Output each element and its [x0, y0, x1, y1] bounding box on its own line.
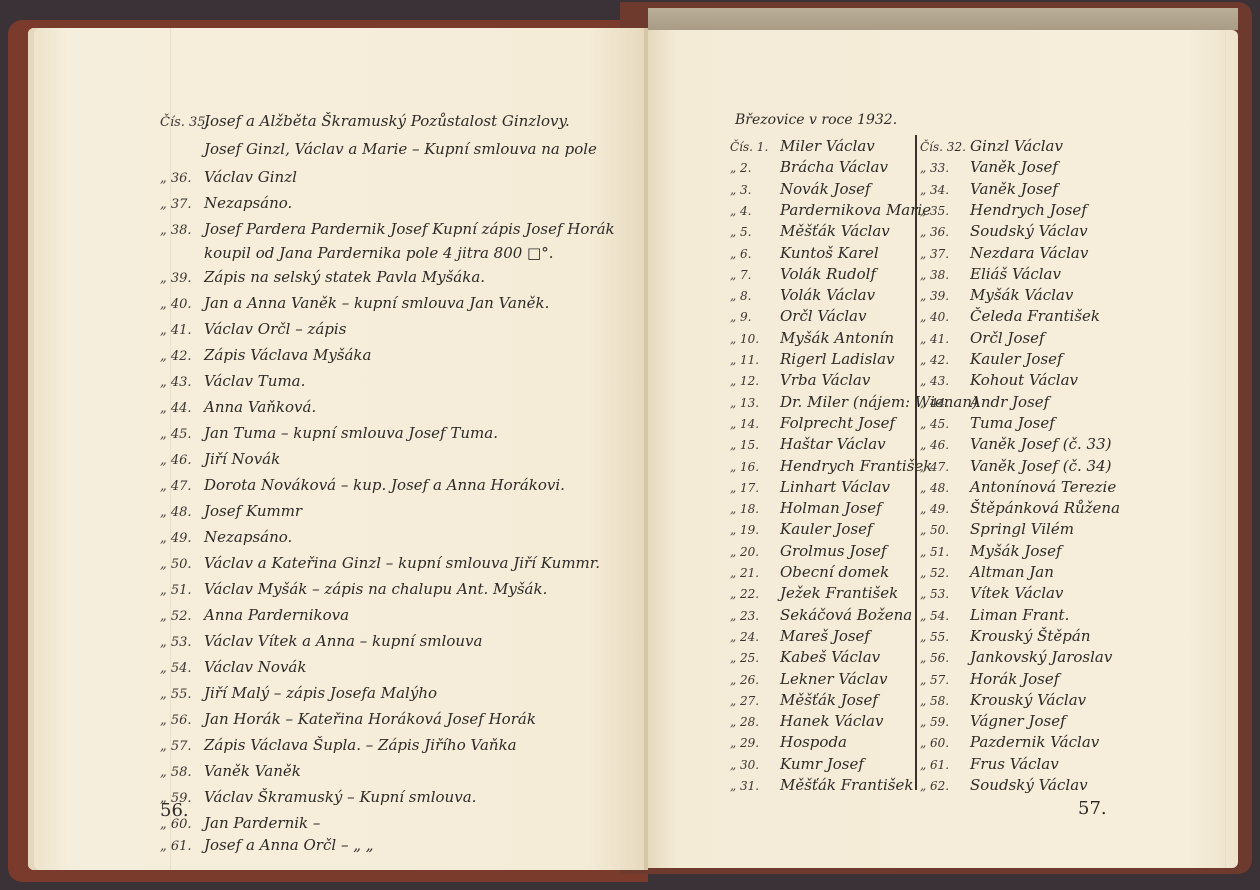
- house-entry: „ 62.Soudský Václav: [920, 776, 1088, 794]
- register-entry: „ 53.Václav Vítek a Anna – kupní smlouva: [160, 632, 482, 650]
- owner-name: Soudský Václav: [970, 222, 1088, 240]
- entry-number: „ 55.: [160, 687, 204, 702]
- owner-name: Frus Václav: [970, 755, 1059, 773]
- house-number: „ 46.: [920, 438, 970, 452]
- book-gutter: [644, 28, 648, 870]
- entry-text: Josef a Alžběta Škramuský Pozůstalost Gi…: [204, 112, 570, 130]
- owner-name: Měšťák Josef: [780, 691, 878, 709]
- house-number: „ 16.: [730, 460, 780, 474]
- owner-name: Liman Frant.: [970, 606, 1069, 624]
- register-entry: „ 39.Zápis na selský statek Pavla Myšáka…: [160, 268, 485, 286]
- entry-text: Nezapsáno.: [204, 194, 292, 212]
- owner-name: Holman Josef: [780, 499, 882, 517]
- house-number: „ 20.: [730, 545, 780, 559]
- house-entry: „ 33.Vaněk Josef: [920, 158, 1058, 176]
- house-entry: „ 23.Sekáčová Božena: [730, 606, 912, 624]
- house-entry: „ 12.Vrba Václav: [730, 371, 870, 389]
- owner-name: Orčl Václav: [780, 307, 866, 325]
- entry-text: Jan Horák – Kateřina Horáková Josef Horá…: [204, 710, 536, 728]
- house-entry: „ 9.Orčl Václav: [730, 307, 866, 325]
- register-entry: „ 42.Zápis Václava Myšáka: [160, 346, 371, 364]
- house-entry: „ 15.Haštar Václav: [730, 435, 886, 453]
- house-number: „ 38.: [920, 268, 970, 282]
- entry-number: „ 44.: [160, 401, 204, 416]
- house-number: „ 30.: [730, 758, 780, 772]
- entry-text: Václav Tuma.: [204, 372, 305, 390]
- house-entry: Čís. 32.Ginzl Václav: [920, 137, 1063, 155]
- owner-name: Ježek František: [780, 584, 898, 602]
- house-number: „ 18.: [730, 502, 780, 516]
- entry-text: Josef Kummr: [204, 502, 302, 520]
- entry-number: „ 45.: [160, 427, 204, 442]
- house-number: „ 8.: [730, 289, 780, 303]
- entry-text: Jan Tuma – kupní smlouva Josef Tuma.: [204, 424, 498, 442]
- register-entry: „ 55.Jiří Malý – zápis Josefa Malýho: [160, 684, 437, 702]
- owner-name: Hanek Václav: [780, 712, 883, 730]
- entry-text: Dorota Nováková – kup. Josef a Anna Horá…: [204, 476, 565, 494]
- register-entry: „ 50.Václav a Kateřina Ginzl – kupní sml…: [160, 554, 600, 572]
- register-entry: Čís. 35.Josef a Alžběta Škramuský Pozůst…: [160, 112, 570, 130]
- owner-name: Vaněk Josef: [970, 158, 1058, 176]
- register-entry: „ 59.Václav Škramuský – Kupní smlouva.: [160, 788, 476, 806]
- house-number: „ 42.: [920, 353, 970, 367]
- house-number: „ 61.: [920, 758, 970, 772]
- owner-name: Brácha Václav: [780, 158, 888, 176]
- house-entry: „ 16.Hendrych František: [730, 457, 932, 475]
- owner-name: Orčl Josef: [970, 329, 1045, 347]
- house-number: „ 19.: [730, 523, 780, 537]
- owner-name: Mareš Josef: [780, 627, 870, 645]
- house-entry: „ 11.Rigerl Ladislav: [730, 350, 895, 368]
- house-number: „ 57.: [920, 673, 970, 687]
- register-entry: Josef Ginzl, Václav a Marie – Kupní smlo…: [160, 140, 597, 158]
- house-entry: „ 26.Lekner Václav: [730, 670, 887, 688]
- left-page-number: 56.: [160, 800, 189, 821]
- entry-text: Václav Orčl – zápis: [204, 320, 346, 338]
- house-entry: „ 44.Andr Josef: [920, 393, 1049, 411]
- owner-name: Vaněk Josef (č. 34): [970, 457, 1111, 475]
- house-number: „ 12.: [730, 374, 780, 388]
- house-number: „ 36.: [920, 225, 970, 239]
- owner-name: Soudský Václav: [970, 776, 1088, 794]
- owner-name: Krouský Václav: [970, 691, 1086, 709]
- house-number: „ 59.: [920, 715, 970, 729]
- house-number: „ 39.: [920, 289, 970, 303]
- register-entry: „ 57.Zápis Václava Šupla. – Zápis Jiřího…: [160, 736, 517, 754]
- register-entry: „ 52.Anna Pardernikova: [160, 606, 349, 624]
- house-entry: „ 6.Kuntoš Karel: [730, 244, 879, 262]
- house-entry: „ 40.Čeleda František: [920, 307, 1100, 325]
- entry-number: „ 54.: [160, 661, 204, 676]
- entry-number: „ 57.: [160, 739, 204, 754]
- register-entry: „ 51.Václav Myšák – zápis na chalupu Ant…: [160, 580, 547, 598]
- house-entry: „ 30.Kumr Josef: [730, 755, 864, 773]
- entry-number: „ 53.: [160, 635, 204, 650]
- entry-text: Václav Ginzl: [204, 168, 297, 186]
- house-entry: „ 46.Vaněk Josef (č. 33): [920, 435, 1111, 453]
- entry-text: Zápis Václava Šupla. – Zápis Jiřího Vaňk…: [204, 736, 517, 754]
- entry-text: Jan a Anna Vaněk – kupní smlouva Jan Van…: [204, 294, 549, 312]
- house-entry: „ 45.Tuma Josef: [920, 414, 1055, 432]
- house-entry: „ 50.Springl Vilém: [920, 520, 1074, 538]
- column-divider: [915, 135, 917, 790]
- house-number: „ 56.: [920, 651, 970, 665]
- register-entry: „ 56.Jan Horák – Kateřina Horáková Josef…: [160, 710, 536, 728]
- house-entry: „ 48.Antonínová Terezie: [920, 478, 1116, 496]
- house-entry: Čís. 1.Miler Václav: [730, 137, 875, 155]
- entry-text: Václav Vítek a Anna – kupní smlouva: [204, 632, 482, 650]
- house-entry: „ 42.Kauler Josef: [920, 350, 1063, 368]
- entry-number: „ 52.: [160, 609, 204, 624]
- register-entry: „ 36.Václav Ginzl: [160, 168, 297, 186]
- house-entry: „ 61.Frus Václav: [920, 755, 1059, 773]
- owner-name: Kauler Josef: [970, 350, 1063, 368]
- owner-name: Hendrych Josef: [970, 201, 1087, 219]
- entry-number: „ 49.: [160, 531, 204, 546]
- house-entry: „ 47.Vaněk Josef (č. 34): [920, 457, 1111, 475]
- entry-number: „ 37.: [160, 197, 204, 212]
- register-entry: „ 48.Josef Kummr: [160, 502, 302, 520]
- register-entry: „ 45.Jan Tuma – kupní smlouva Josef Tuma…: [160, 424, 498, 442]
- entry-number: „ 39.: [160, 271, 204, 286]
- house-number: „ 17.: [730, 481, 780, 495]
- house-entry: „ 25.Kabeš Václav: [730, 648, 880, 666]
- house-number: „ 22.: [730, 587, 780, 601]
- register-entry: „ 49.Nezapsáno.: [160, 528, 292, 546]
- owner-name: Kabeš Václav: [780, 648, 880, 666]
- house-entry: „ 4.Pardernikova Marie: [730, 201, 931, 219]
- page-stack-edge: [648, 8, 1238, 30]
- owner-name: Tuma Josef: [970, 414, 1055, 432]
- entry-text: Zápis Václava Myšáka: [204, 346, 371, 364]
- house-entry: „ 27.Měšťák Josef: [730, 691, 878, 709]
- owner-name: Jankovský Jaroslav: [970, 648, 1112, 666]
- owner-name: Grolmus Josef: [780, 542, 887, 560]
- house-number: „ 14.: [730, 417, 780, 431]
- entry-text: Anna Pardernikova: [204, 606, 349, 624]
- house-number: „ 60.: [920, 736, 970, 750]
- owner-name: Pazdernik Václav: [970, 733, 1099, 751]
- owner-name: Lekner Václav: [780, 670, 887, 688]
- house-number: „ 43.: [920, 374, 970, 388]
- house-entry: „ 2.Brácha Václav: [730, 158, 888, 176]
- owner-name: Vítek Václav: [970, 584, 1063, 602]
- entry-text: Anna Vaňková.: [204, 398, 316, 416]
- register-entry: koupil od Jana Pardernika pole 4 jitra 8…: [160, 244, 554, 262]
- house-number: „ 24.: [730, 630, 780, 644]
- house-entry: „ 55.Krouský Štěpán: [920, 627, 1090, 645]
- owner-name: Vágner Josef: [970, 712, 1066, 730]
- owner-name: Rigerl Ladislav: [780, 350, 895, 368]
- owner-name: Ginzl Václav: [970, 137, 1063, 155]
- house-number: „ 62.: [920, 779, 970, 793]
- house-number: „ 23.: [730, 609, 780, 623]
- house-entry: „ 53.Vítek Václav: [920, 584, 1063, 602]
- entry-number: „ 51.: [160, 583, 204, 598]
- entry-text: Václav Myšák – zápis na chalupu Ant. Myš…: [204, 580, 547, 598]
- entry-text: koupil od Jana Pardernika pole 4 jitra 8…: [204, 244, 554, 262]
- entry-number: „ 46.: [160, 453, 204, 468]
- owner-name: Andr Josef: [970, 393, 1049, 411]
- house-number: „ 54.: [920, 609, 970, 623]
- house-number: Čís. 32.: [920, 140, 970, 154]
- house-number: „ 25.: [730, 651, 780, 665]
- house-entry: „ 24.Mareš Josef: [730, 627, 870, 645]
- owner-name: Myšák Josef: [970, 542, 1062, 560]
- house-number: „ 10.: [730, 332, 780, 346]
- entry-number: „ 50.: [160, 557, 204, 572]
- entry-number: „ 38.: [160, 223, 204, 238]
- house-number: „ 4.: [730, 204, 780, 218]
- owner-name: Hendrych František: [780, 457, 932, 475]
- house-entry: „ 39.Myšák Václav: [920, 286, 1073, 304]
- owner-name: Haštar Václav: [780, 435, 886, 453]
- owner-name: Miler Václav: [780, 137, 875, 155]
- house-number: „ 26.: [730, 673, 780, 687]
- owner-name: Novák Josef: [780, 180, 871, 198]
- house-entry: „ 35.Hendrych Josef: [920, 201, 1087, 219]
- house-entry: „ 18.Holman Josef: [730, 499, 882, 517]
- entry-text: Josef Pardera Pardernik Josef Kupní zápi…: [204, 220, 615, 238]
- house-number: „ 2.: [730, 161, 780, 175]
- entry-text: Václav Novák: [204, 658, 306, 676]
- house-number: „ 53.: [920, 587, 970, 601]
- house-number: „ 3.: [730, 183, 780, 197]
- entry-number: „ 48.: [160, 505, 204, 520]
- owner-name: Horák Josef: [970, 670, 1059, 688]
- register-entry: „ 47.Dorota Nováková – kup. Josef a Anna…: [160, 476, 565, 494]
- house-number: „ 21.: [730, 566, 780, 580]
- owner-name: Kauler Josef: [780, 520, 873, 538]
- entry-number: „ 41.: [160, 323, 204, 338]
- entry-text: Jiří Malý – zápis Josefa Malýho: [204, 684, 437, 702]
- owner-name: Vaněk Josef (č. 33): [970, 435, 1111, 453]
- register-entry: „ 40.Jan a Anna Vaněk – kupní smlouva Ja…: [160, 294, 549, 312]
- house-entry: „ 58.Krouský Václav: [920, 691, 1086, 709]
- house-entry: „ 52.Altman Jan: [920, 563, 1054, 581]
- house-entry: „ 19.Kauler Josef: [730, 520, 873, 538]
- register-entry: „ 54.Václav Novák: [160, 658, 306, 676]
- house-entry: „ 37.Nezdara Václav: [920, 244, 1088, 262]
- register-entry: „ 38.Josef Pardera Pardernik Josef Kupní…: [160, 220, 615, 238]
- owner-name: Antonínová Terezie: [970, 478, 1116, 496]
- house-number: „ 51.: [920, 545, 970, 559]
- house-entry: „ 51.Myšák Josef: [920, 542, 1062, 560]
- owner-name: Nezdara Václav: [970, 244, 1088, 262]
- register-entry: „ 46.Jiří Novák: [160, 450, 280, 468]
- owner-name: Sekáčová Božena: [780, 606, 912, 624]
- owner-name: Kohout Václav: [970, 371, 1078, 389]
- register-entry: „ 37.Nezapsáno.: [160, 194, 292, 212]
- house-number: „ 35.: [920, 204, 970, 218]
- right-page-title: Březovice v roce 1932.: [735, 112, 897, 128]
- house-entry: „ 3.Novák Josef: [730, 180, 871, 198]
- register-entry: „ 58.Vaněk Vaněk: [160, 762, 301, 780]
- house-entry: „ 38.Eliáš Václav: [920, 265, 1061, 283]
- house-entry: „ 36.Soudský Václav: [920, 222, 1088, 240]
- house-number: „ 44.: [920, 396, 970, 410]
- owner-name: Folprecht Josef: [780, 414, 895, 432]
- entry-number: Čís. 35.: [160, 115, 204, 130]
- entry-number: „ 58.: [160, 765, 204, 780]
- register-entry: „ 43.Václav Tuma.: [160, 372, 305, 390]
- owner-name: Měšťák František: [780, 776, 913, 794]
- entry-number: „ 40.: [160, 297, 204, 312]
- owner-name: Altman Jan: [970, 563, 1054, 581]
- house-entry: „ 20.Grolmus Josef: [730, 542, 887, 560]
- house-entry: „ 14.Folprecht Josef: [730, 414, 895, 432]
- register-entry: „ 61.Josef a Anna Orčl – „ „: [160, 836, 374, 854]
- house-number: „ 31.: [730, 779, 780, 793]
- entry-text: Vaněk Vaněk: [204, 762, 301, 780]
- house-number: „ 15.: [730, 438, 780, 452]
- house-number: „ 7.: [730, 268, 780, 282]
- house-entry: „ 56.Jankovský Jaroslav: [920, 648, 1112, 666]
- house-entry: „ 10.Myšák Antonín: [730, 329, 894, 347]
- house-entry: „ 29.Hospoda: [730, 733, 847, 751]
- house-entry: „ 22.Ježek František: [730, 584, 898, 602]
- house-entry: „ 8.Volák Václav: [730, 286, 875, 304]
- owner-name: Volák Rudolf: [780, 265, 876, 283]
- owner-name: Eliáš Václav: [970, 265, 1061, 283]
- entry-text: Václav a Kateřina Ginzl – kupní smlouva …: [204, 554, 600, 572]
- entry-number: „ 42.: [160, 349, 204, 364]
- house-number: „ 29.: [730, 736, 780, 750]
- entry-text: Václav Škramuský – Kupní smlouva.: [204, 788, 476, 806]
- house-entry: „ 7.Volák Rudolf: [730, 265, 876, 283]
- house-number: „ 9.: [730, 310, 780, 324]
- house-entry: „ 41.Orčl Josef: [920, 329, 1045, 347]
- house-number: „ 58.: [920, 694, 970, 708]
- house-entry: „ 28.Hanek Václav: [730, 712, 883, 730]
- entry-number: „ 36.: [160, 171, 204, 186]
- house-number: „ 28.: [730, 715, 780, 729]
- house-number: „ 50.: [920, 523, 970, 537]
- house-entry: „ 5.Měšťák Václav: [730, 222, 890, 240]
- entry-number: „ 56.: [160, 713, 204, 728]
- house-entry: „ 54.Liman Frant.: [920, 606, 1069, 624]
- right-page-margin-line: [1225, 30, 1226, 868]
- house-number: „ 37.: [920, 247, 970, 261]
- house-number: „ 47.: [920, 460, 970, 474]
- owner-name: Linhart Václav: [780, 478, 890, 496]
- owner-name: Obecní domek: [780, 563, 889, 581]
- owner-name: Volák Václav: [780, 286, 875, 304]
- register-entry: „ 44.Anna Vaňková.: [160, 398, 316, 416]
- house-number: „ 45.: [920, 417, 970, 431]
- house-entry: „ 59.Vágner Josef: [920, 712, 1066, 730]
- owner-name: Hospoda: [780, 733, 847, 751]
- house-number: „ 13.: [730, 396, 780, 410]
- house-number: „ 55.: [920, 630, 970, 644]
- house-entry: „ 21.Obecní domek: [730, 563, 889, 581]
- entry-text: Jan Pardernik –: [204, 814, 320, 832]
- entry-number: „ 47.: [160, 479, 204, 494]
- owner-name: Pardernikova Marie: [780, 201, 931, 219]
- owner-name: Měšťák Václav: [780, 222, 890, 240]
- owner-name: Myšák Antonín: [780, 329, 894, 347]
- entry-text: Zápis na selský statek Pavla Myšáka.: [204, 268, 485, 286]
- house-number: „ 41.: [920, 332, 970, 346]
- house-number: „ 6.: [730, 247, 780, 261]
- owner-name: Vaněk Josef: [970, 180, 1058, 198]
- entry-text: Jiří Novák: [204, 450, 280, 468]
- entry-text: Josef Ginzl, Václav a Marie – Kupní smlo…: [204, 140, 597, 158]
- owner-name: Myšák Václav: [970, 286, 1073, 304]
- house-entry: „ 57.Horák Josef: [920, 670, 1059, 688]
- house-entry: „ 34.Vaněk Josef: [920, 180, 1058, 198]
- owner-name: Kumr Josef: [780, 755, 864, 773]
- house-number: „ 33.: [920, 161, 970, 175]
- house-number: „ 11.: [730, 353, 780, 367]
- house-entry: „ 43.Kohout Václav: [920, 371, 1078, 389]
- entry-number: „ 61.: [160, 839, 204, 854]
- house-number: „ 52.: [920, 566, 970, 580]
- house-number: „ 5.: [730, 225, 780, 239]
- house-number: „ 48.: [920, 481, 970, 495]
- house-entry: „ 49.Štěpánková Růžena: [920, 499, 1120, 517]
- house-number: „ 49.: [920, 502, 970, 516]
- owner-name: Vrba Václav: [780, 371, 870, 389]
- house-entry: „ 17.Linhart Václav: [730, 478, 890, 496]
- owner-name: Kuntoš Karel: [780, 244, 879, 262]
- house-number: Čís. 1.: [730, 140, 780, 154]
- house-entry: „ 31.Měšťák František: [730, 776, 913, 794]
- house-entry: „ 60.Pazdernik Václav: [920, 733, 1099, 751]
- owner-name: Springl Vilém: [970, 520, 1074, 538]
- right-page-number: 57.: [1078, 798, 1107, 819]
- entry-text: Nezapsáno.: [204, 528, 292, 546]
- owner-name: Štěpánková Růžena: [970, 499, 1120, 517]
- register-entry: „ 41.Václav Orčl – zápis: [160, 320, 346, 338]
- house-number: „ 34.: [920, 183, 970, 197]
- owner-name: Krouský Štěpán: [970, 627, 1090, 645]
- house-number: „ 27.: [730, 694, 780, 708]
- entry-text: Josef a Anna Orčl – „ „: [204, 836, 374, 854]
- entry-number: „ 43.: [160, 375, 204, 390]
- owner-name: Čeleda František: [970, 307, 1100, 325]
- house-number: „ 40.: [920, 310, 970, 324]
